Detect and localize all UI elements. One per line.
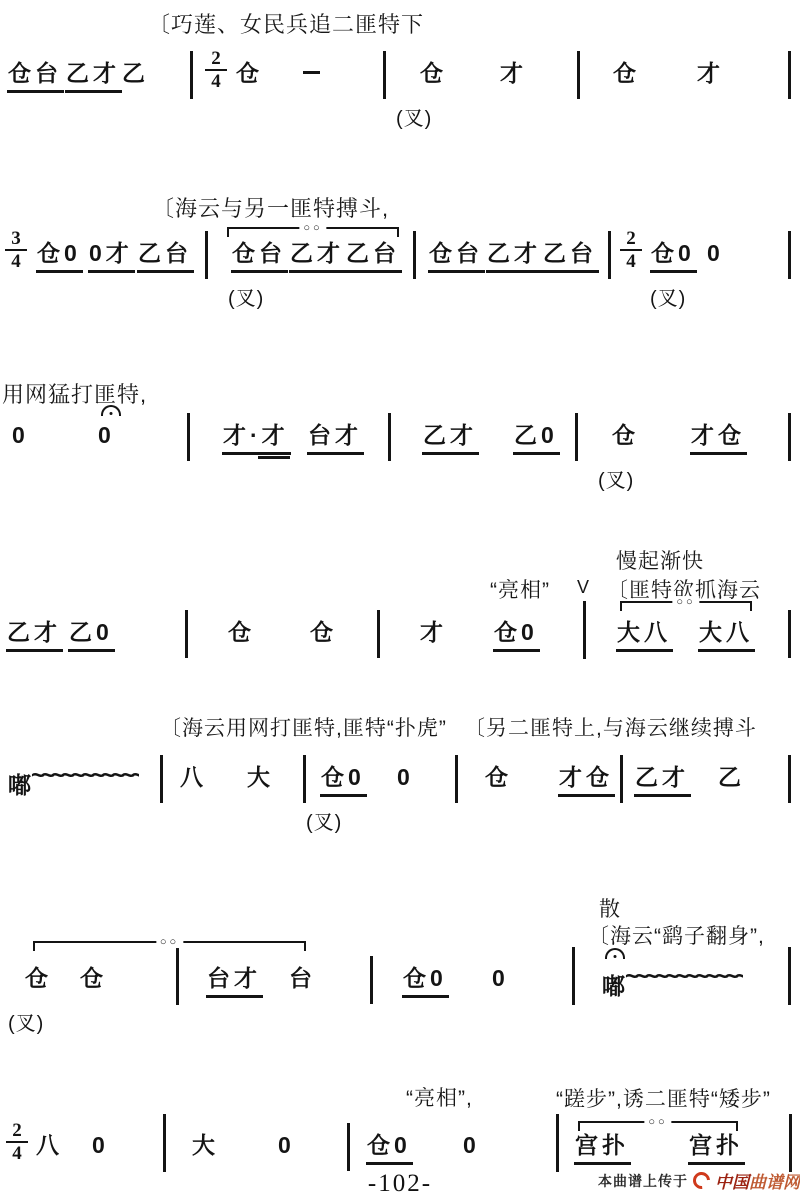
cymbal-cue: (叉) — [8, 1007, 44, 1036]
note-glyph: 仓 — [420, 58, 443, 88]
time-signature-numerator: 3 — [5, 229, 27, 251]
note-glyph: 仓 — [236, 58, 259, 88]
note-glyph: 大 — [247, 762, 270, 792]
roll-cue: 嘟~~~~~~~~~~~~~~~~~ — [602, 963, 743, 1001]
beam-group: 仓台 — [7, 58, 64, 93]
time-signature: 34 — [5, 229, 27, 271]
rest-glyph: 0 — [492, 963, 505, 993]
rest-glyph: 0 — [463, 1130, 476, 1160]
stage-direction-puhu: 〔海云用网打匪特,匪特“扑虎” — [160, 712, 447, 742]
beam-group: 大八 — [698, 617, 755, 652]
barline — [176, 947, 179, 1005]
beam-group: 才仓 — [690, 420, 747, 455]
beam-group: 仓台 — [428, 238, 485, 273]
note-glyph: 台 — [289, 963, 312, 993]
barline — [347, 1123, 350, 1171]
barline — [185, 610, 188, 658]
notation-line: 乙才乙0仓仓才仓0○○大八大八 — [0, 617, 800, 689]
repeat-bracket: ○○ — [620, 601, 752, 611]
stage-direction-net: 用网猛打匪特, — [2, 378, 147, 409]
rest-glyph: 0 — [98, 420, 111, 450]
cymbal-cue: (叉) — [396, 102, 432, 131]
cymbal-cue: (叉) — [650, 282, 686, 311]
time-signature-numerator: 2 — [6, 1121, 28, 1143]
tempo-mark-san: 散 — [599, 893, 621, 923]
time-signature: 24 — [6, 1121, 28, 1163]
held-note-dash — [303, 71, 320, 74]
rest-glyph: 0 — [92, 1130, 105, 1160]
repeat-circles: ○○ — [644, 1116, 671, 1128]
barline — [556, 1114, 559, 1172]
barline — [303, 755, 306, 803]
cymbal-cue: (叉) — [306, 806, 342, 835]
stage-direction-cuobu: “蹉步”,诱二匪特“矮步” — [556, 1083, 771, 1113]
barline — [788, 51, 791, 99]
barline — [370, 956, 373, 1004]
beam-group: 仓0 — [366, 1130, 413, 1165]
beam-group: 0才 — [88, 238, 135, 273]
stage-direction-fight: 〔海云与另一匪特搏斗, — [152, 192, 389, 223]
beam-group: 乙才 — [634, 762, 691, 797]
stage-direction-continue: 〔另二匪特上,与海云继续搏斗 — [464, 712, 757, 742]
beam-group: 大八 — [616, 617, 673, 652]
notation-line: 仓台乙才乙24仓仓才仓才(叉) — [0, 58, 800, 130]
beam-group: 仓0 — [402, 963, 449, 998]
time-signature-denominator: 4 — [205, 71, 227, 91]
barline — [577, 51, 580, 99]
wavy-line: ~~~~~~~~~~~~~~~ — [31, 762, 139, 790]
note-glyph: 仓 — [228, 617, 251, 647]
barline — [788, 947, 791, 1005]
barline — [160, 755, 163, 803]
barline — [789, 1114, 792, 1172]
barline — [788, 413, 791, 461]
beam-group: 乙才 — [422, 420, 479, 455]
note-glyph: 才 — [420, 617, 443, 647]
barline — [388, 413, 391, 461]
action-liangxiang-1: “亮相” — [490, 574, 550, 604]
note-glyph: 八 — [36, 1130, 59, 1160]
rest-glyph: 0 — [12, 420, 25, 450]
beam-group: 乙台 — [542, 238, 599, 273]
note-glyph: 八 — [180, 762, 203, 792]
time-signature-denominator: 4 — [620, 251, 642, 271]
beam-group: 仓台 — [231, 238, 288, 273]
repeat-circles: ○○ — [672, 596, 699, 608]
note-glyph: 才 — [697, 58, 720, 88]
note-glyph: 仓 — [612, 420, 635, 450]
barline — [413, 231, 416, 279]
cymbal-cue: (叉) — [228, 282, 264, 311]
barline — [377, 610, 380, 658]
roll-cue: 嘟~~~~~~~~~~~~~~~ — [8, 762, 139, 800]
notation-line: 00才·才台才乙才乙0仓才仓(叉) — [0, 420, 800, 492]
beam-group: 乙才 — [6, 617, 63, 652]
notation-line: 嘟~~~~~~~~~~~~~~~八大仓00仓才仓乙才乙(叉) — [0, 762, 800, 834]
beam-group: 乙才 — [65, 58, 122, 93]
stage-direction-yaozi: 〔海云“鹞子翻身”, — [588, 920, 765, 950]
barline — [620, 755, 623, 803]
wavy-line: ~~~~~~~~~~~~~~~~~ — [625, 963, 743, 991]
action-liangxiang-2: “亮相”, — [406, 1082, 473, 1112]
beam-group: 仓0 — [36, 238, 83, 273]
stage-direction-pursuit: 〔巧莲、女民兵追二匪特下 — [148, 8, 424, 39]
note-glyph: 仓 — [613, 58, 636, 88]
rest-glyph: 0 — [397, 762, 410, 792]
beam-group: 台才 — [307, 420, 364, 455]
note-glyph: 大 — [192, 1130, 215, 1160]
repeat-circles: ○○ — [156, 936, 183, 948]
beam-group: 仓0 — [320, 762, 367, 797]
roll-syllable: 嘟 — [8, 770, 31, 800]
beam-group: 乙才 — [486, 238, 543, 273]
beam-group: 乙0 — [68, 617, 115, 652]
time-signature-denominator: 4 — [6, 1143, 28, 1163]
barline — [455, 755, 458, 803]
note-glyph: 乙 — [122, 58, 145, 88]
beam-group: 才仓 — [558, 762, 615, 797]
barline — [788, 610, 791, 658]
beam-group: 乙台 — [345, 238, 402, 273]
note-glyph: 仓 — [80, 963, 103, 993]
barline — [788, 755, 791, 803]
notation-line: ○○仓仓台才台仓00嘟~~~~~~~~~~~~~~~~~(叉) — [0, 963, 800, 1035]
tempo-mark-accelerando: 慢起渐快 — [616, 545, 704, 575]
note-glyph: 乙 — [718, 762, 741, 792]
beam-group: 乙0 — [513, 420, 560, 455]
percussion-score-page: -102- 本曲谱上传于 中国曲谱网 〔巧莲、女民兵追二匪特下〔海云与另一匪特搏… — [0, 0, 800, 1202]
time-signature: 24 — [205, 49, 227, 91]
cymbal-cue: (叉) — [598, 464, 634, 493]
note-glyph: 才 — [500, 58, 523, 88]
notation-line: 24八0大0仓00○○宫扑宫扑 — [0, 1130, 800, 1202]
note-glyph: 仓 — [25, 963, 48, 993]
beam-group: 乙台 — [137, 238, 194, 273]
time-signature-denominator: 4 — [5, 251, 27, 271]
time-signature-numerator: 2 — [205, 49, 227, 71]
beam-group: 宫扑 — [574, 1130, 631, 1165]
rest-glyph: 0 — [278, 1130, 291, 1160]
barline — [788, 231, 791, 279]
barline — [383, 51, 386, 99]
note-glyph: 仓 — [485, 762, 508, 792]
time-signature: 24 — [620, 229, 642, 271]
barline — [575, 413, 578, 461]
roll-syllable: 嘟 — [602, 971, 625, 1001]
subdivision-underline — [258, 456, 290, 459]
repeat-circles: ○○ — [299, 222, 326, 234]
repeat-bracket: ○○ — [227, 227, 399, 237]
beam-group: 台才 — [206, 963, 263, 998]
beam-group: 仓0 — [650, 238, 697, 273]
beam-group: 乙才 — [289, 238, 346, 273]
notation-line: 34仓00才乙台○○仓台乙才乙台仓台乙才乙台24仓00(叉)(叉) — [0, 238, 800, 310]
barline — [583, 601, 586, 659]
time-signature-numerator: 2 — [620, 229, 642, 251]
beam-group: 宫扑 — [688, 1130, 745, 1165]
breath-mark: V — [577, 577, 590, 598]
beam-group: 才·才 — [222, 420, 291, 455]
barline — [187, 413, 190, 461]
repeat-bracket: ○○ — [578, 1121, 738, 1131]
beam-group: 仓0 — [493, 617, 540, 652]
note-glyph: 仓 — [310, 617, 333, 647]
rest-glyph: 0 — [707, 238, 720, 268]
barline — [572, 947, 575, 1005]
barline — [163, 1114, 166, 1172]
repeat-bracket: ○○ — [33, 941, 306, 951]
barline — [190, 51, 193, 99]
barline — [205, 231, 208, 279]
barline — [608, 231, 611, 279]
